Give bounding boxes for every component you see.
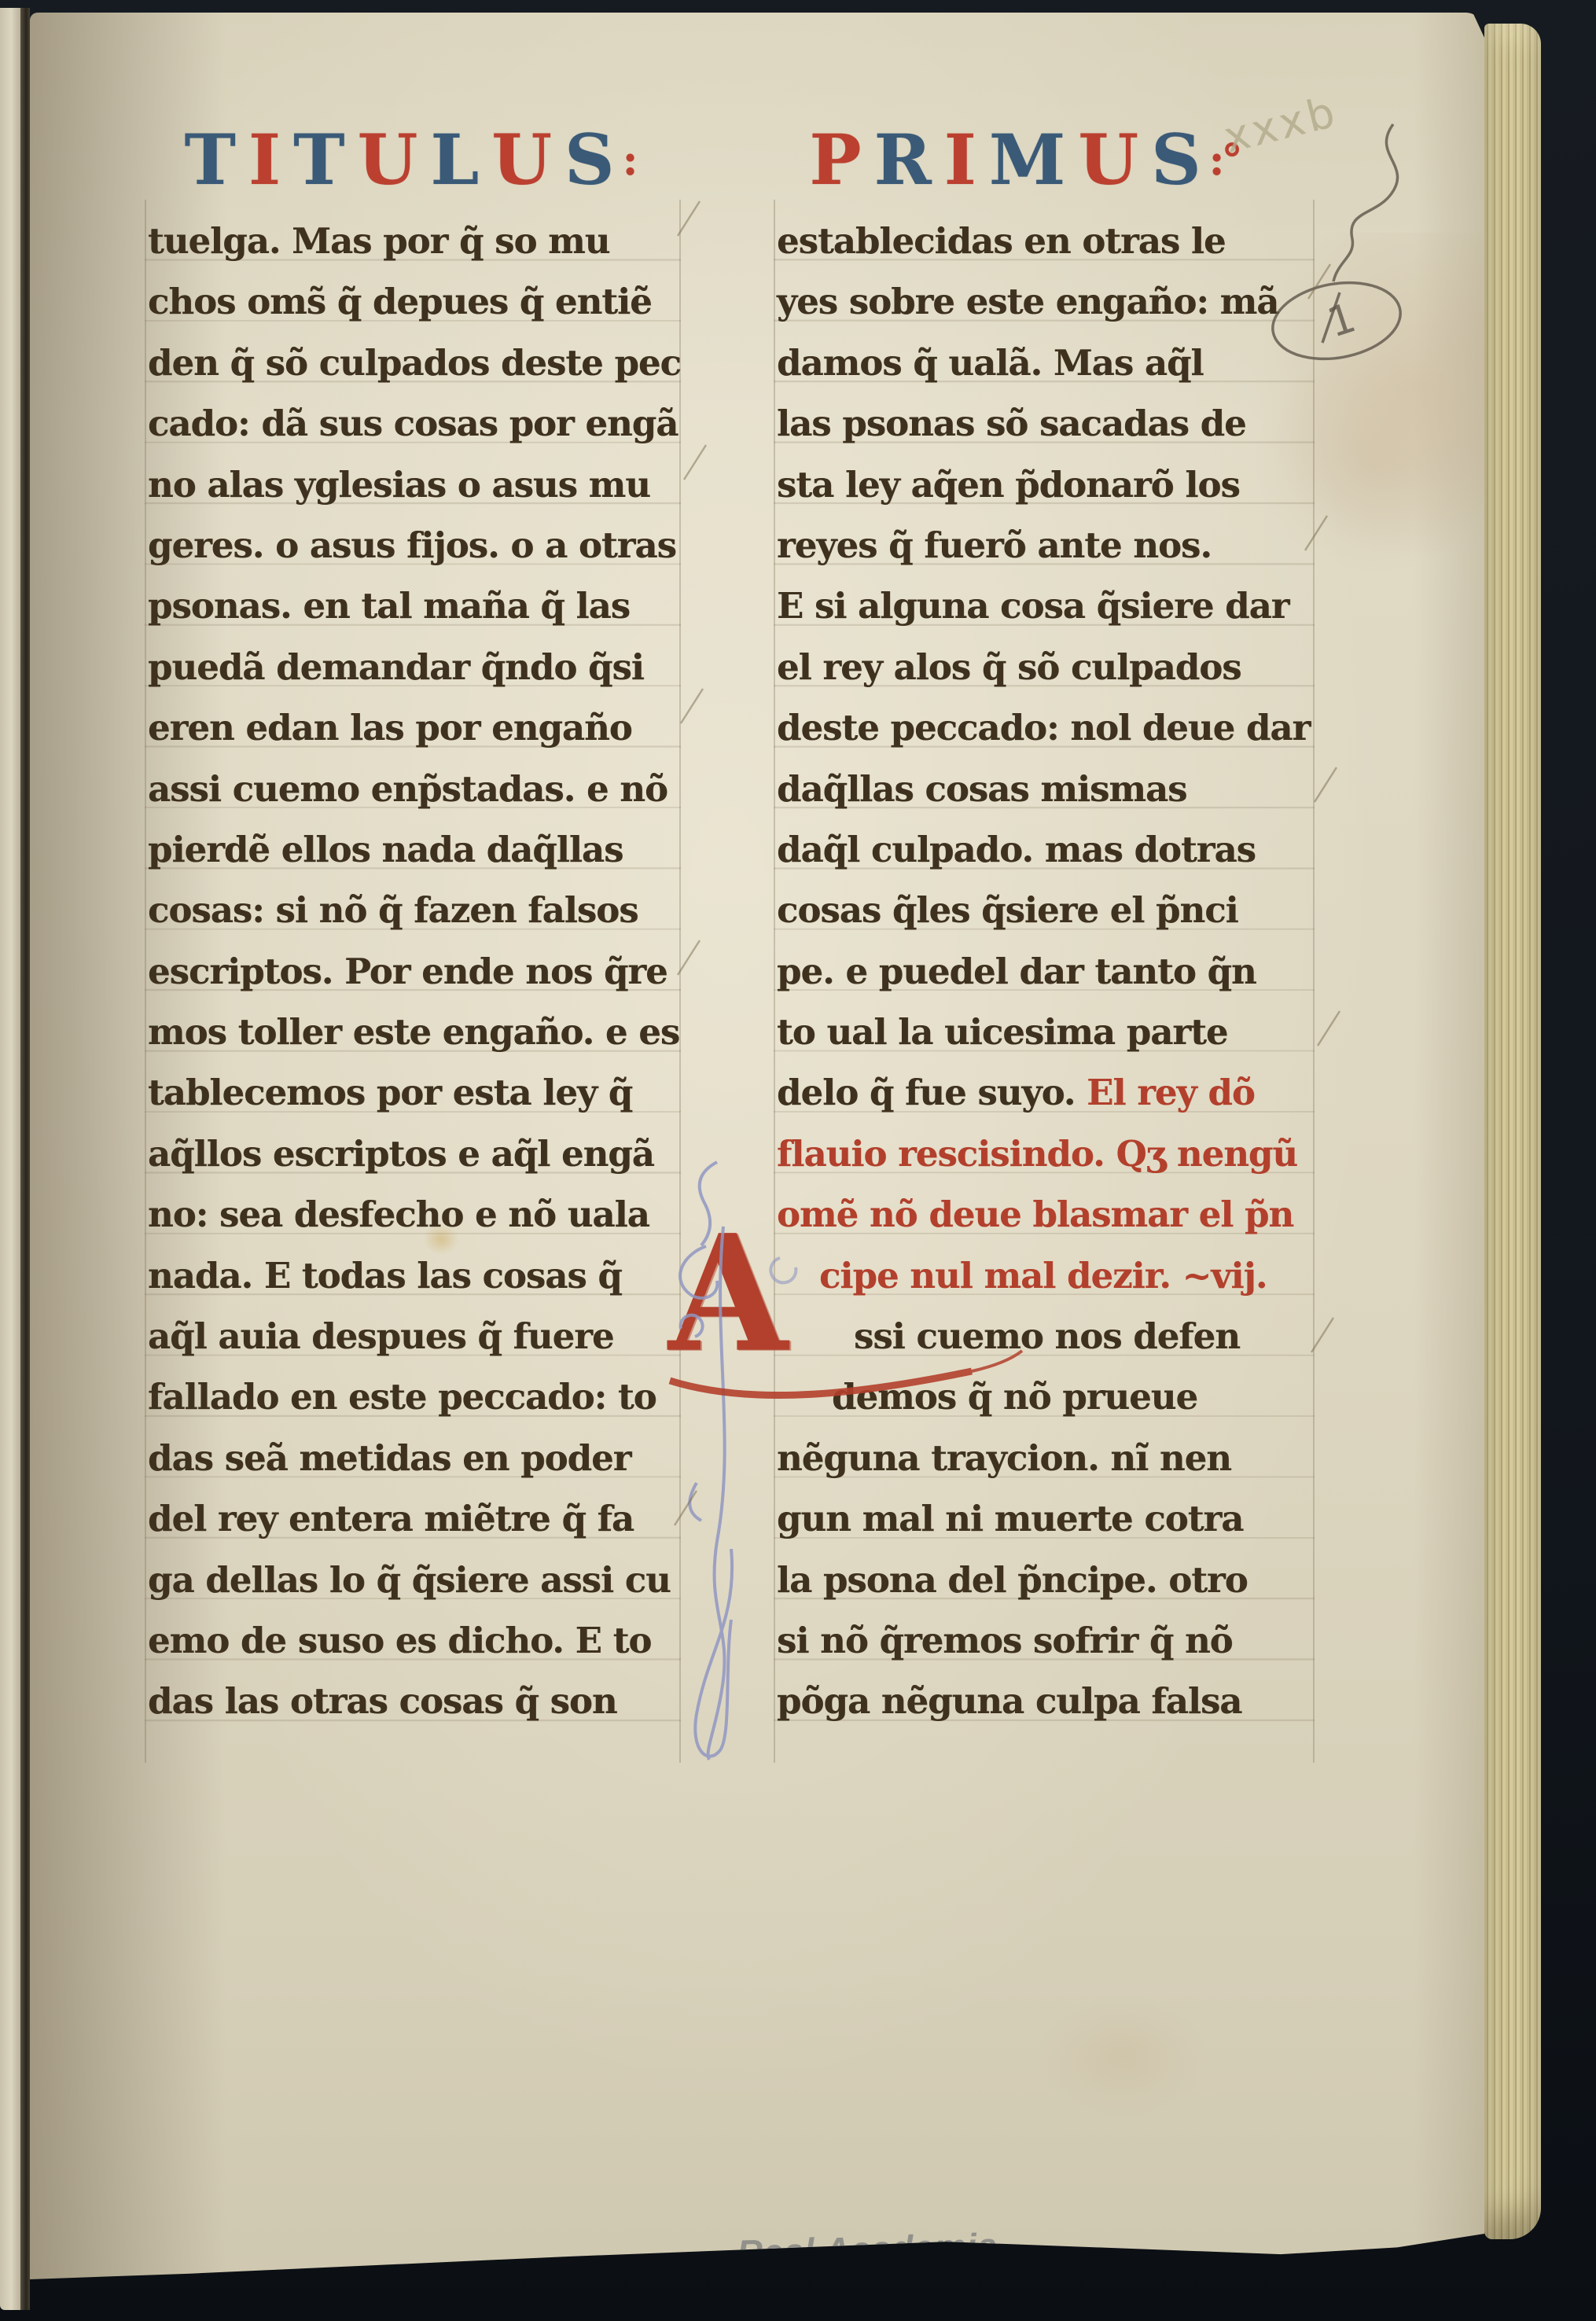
header-letter: U [1078, 125, 1151, 194]
text-run: aq̃llos escriptos e aq̃l engã [148, 1133, 654, 1175]
text-run: damos q̃ ualã. Mas aq̃l [777, 342, 1204, 384]
manuscript-line: põga nẽguna culpa falsa [777, 1671, 1315, 1731]
text-column-left: tuelga. Mas por q̃ so muchos oms̃ q̃ dep… [148, 211, 679, 1732]
text-run: gun mal ni muerte cotra [777, 1498, 1243, 1539]
rubric-text-run: cipe nul mal dezir. ~vij. [819, 1255, 1267, 1297]
rubric-text-run: omẽ nõ deue blasmar el p̃n [777, 1194, 1293, 1235]
manuscript-line: nẽguna traycion. nĩ nen [777, 1428, 1315, 1488]
text-run: cosas: si nõ q̃ fazen falsos [148, 889, 638, 931]
manuscript-line: no alas yglesias o asus mu [148, 454, 679, 515]
rubricated-header-right: PRIMUS:° [775, 109, 1278, 211]
text-run: nada. E todas las cosas q̃ [148, 1255, 622, 1297]
text-run: si nõ q̃remos sofrir q̃ nõ [777, 1620, 1233, 1661]
text-run: daq̃llas cosas mismas [777, 768, 1187, 810]
text-run: aq̃l auia despues q̃ fuere [148, 1315, 614, 1357]
manuscript-line: sta ley aq̃en p̃donarõ los [777, 454, 1315, 515]
parchment-stain [1036, 1994, 1209, 2120]
manuscript-line: las psonas sõ sacadas de [777, 393, 1315, 454]
header-letter: T [293, 125, 357, 194]
text-run: pe. e puedel dar tanto q̃n [777, 951, 1256, 992]
text-run: cado: dã sus cosas por engã [148, 403, 678, 444]
manuscript-line: das seã metidas en poder [148, 1428, 679, 1488]
manuscript-line: ga dellas lo q̃ q̃siere assi cu [148, 1550, 679, 1610]
manuscript-line: eren edan las por engaño [148, 697, 679, 758]
manuscript-line: geres. o asus fijos. o a otras [148, 515, 679, 576]
manuscript-line: reyes q̃ fuerõ ante nos. [777, 515, 1315, 576]
manuscript-line: el rey alos q̃ sõ culpados [777, 637, 1315, 697]
manuscript-line: tuelga. Mas por q̃ so mu [148, 211, 679, 271]
text-run: põga nẽguna culpa falsa [777, 1680, 1241, 1722]
text-run: tuelga. Mas por q̃ so mu [148, 220, 610, 262]
manuscript-line: den q̃ sõ culpados deste pec [148, 333, 679, 393]
text-run: daq̃l culpado. mas dotras [777, 829, 1256, 870]
manuscript-line: flauio rescisindo. Qʒ nengũ [777, 1124, 1315, 1184]
header-letter: I [248, 125, 293, 194]
text-run: chos oms̃ q̃ depues q̃ entiẽ [148, 281, 652, 322]
manuscript-line: establecidas en otras le [777, 211, 1315, 271]
text-run: E si alguna cosa q̃siere dar [777, 585, 1289, 627]
manuscript-line: aq̃llos escriptos e aq̃l engã [148, 1124, 679, 1184]
manuscript-line: das las otras cosas q̃ son [148, 1671, 679, 1731]
manuscript-line: nada. E todas las cosas q̃ [148, 1245, 679, 1306]
manuscript-line: gun mal ni muerte cotra [777, 1488, 1315, 1549]
text-run: escriptos. Por ende nos q̃re [148, 951, 667, 992]
text-run: ga dellas lo q̃ q̃siere assi cu [148, 1559, 671, 1601]
text-run: psonas. en tal maña q̃ las [148, 585, 630, 627]
text-run: no alas yglesias o asus mu [148, 464, 650, 506]
manuscript-line: escriptos. Por ende nos q̃re [148, 941, 679, 1002]
pencil-circled-mark: 1 [1323, 297, 1361, 344]
manuscript-line: chos oms̃ q̃ depues q̃ entiẽ [148, 271, 679, 332]
text-run: cosas q̃les q̃siere el p̃nci [777, 889, 1238, 931]
header-punctuation: : [623, 138, 640, 181]
header-letter: L [430, 125, 491, 194]
parchment-page: TITULUS: PRIMUS:° xxxb tuelga. Mas por q… [30, 13, 1484, 2290]
facing-page-edge-strip [0, 8, 20, 2310]
manuscript-line: yes sobre este engaño: mã [777, 271, 1315, 332]
text-run: emo de suso es dicho. E to [148, 1620, 651, 1661]
text-column-right: establecidas en otras leyes sobre este e… [777, 211, 1315, 1732]
illuminated-initial: A [668, 1214, 788, 1374]
text-run: la psona del p̃ncipe. otro [777, 1559, 1248, 1601]
text-run: tablecemos por esta ley q̃ [148, 1072, 632, 1113]
text-run: geres. o asus fijos. o a otras [148, 524, 676, 566]
manuscript-line: cosas: si nõ q̃ fazen falsos [148, 880, 679, 940]
gutter-crease [20, 8, 30, 2310]
manuscript-line: ssi cuemo nos defen [777, 1306, 1315, 1366]
text-run: yes sobre este engaño: mã [777, 281, 1278, 322]
faded-marginal-numeral: xxxb [1220, 90, 1342, 160]
header-letter: S [564, 125, 627, 194]
manuscript-line: cipe nul mal dezir. ~vij. [777, 1245, 1315, 1306]
manuscript-line: cado: dã sus cosas por engã [148, 393, 679, 454]
rubricated-header-left: TITULUS: [146, 109, 678, 211]
manuscript-line: daq̃llas cosas mismas [777, 759, 1315, 819]
header-letter: M [989, 125, 1078, 194]
manuscript-line: no: sea desfecho e nõ uala [148, 1184, 679, 1245]
manuscript-line: daq̃l culpado. mas dotras [777, 819, 1315, 880]
manuscript-photo: TITULUS: PRIMUS:° xxxb tuelga. Mas por q… [0, 0, 1596, 2321]
header-letter: I [944, 125, 989, 194]
manuscript-line: deste peccado: nol deue dar [777, 697, 1315, 758]
text-run: puedã demandar q̃ndo q̃si [148, 646, 644, 688]
text-run: das las otras cosas q̃ son [148, 1680, 617, 1722]
manuscript-line: aq̃l auia despues q̃ fuere [148, 1306, 679, 1366]
manuscript-line: delo q̃ fue suyo. El rey dõ [777, 1062, 1315, 1123]
text-run: establecidas en otras le [777, 220, 1226, 262]
header-letter: S [1151, 125, 1214, 194]
manuscript-line: demos q̃ nõ prueue [777, 1366, 1315, 1427]
text-run: ssi cuemo nos defen [854, 1315, 1240, 1357]
text-run: das seã metidas en poder [148, 1437, 631, 1479]
manuscript-line: damos q̃ ualã. Mas aq̃l [777, 333, 1315, 393]
text-run: assi cuemo enp̃stadas. e nõ [148, 768, 667, 810]
text-run: reyes q̃ fuerõ ante nos. [777, 524, 1212, 566]
manuscript-line: to ual la uicesima parte [777, 1002, 1315, 1062]
text-run: el rey alos q̃ sõ culpados [777, 646, 1241, 688]
manuscript-line: emo de suso es dicho. E to [148, 1610, 679, 1671]
text-run: nẽguna traycion. nĩ nen [777, 1437, 1231, 1479]
text-run: sta ley aq̃en p̃donarõ los [777, 464, 1240, 506]
manuscript-line: tablecemos por esta ley q̃ [148, 1062, 679, 1123]
rubric-text-run: El rey dõ [1087, 1072, 1255, 1113]
text-run: delo q̃ fue suyo. [777, 1072, 1087, 1113]
manuscript-line: pe. e puedel dar tanto q̃n [777, 941, 1315, 1002]
manuscript-line: puedã demandar q̃ndo q̃si [148, 637, 679, 697]
text-run: fallado en este peccado: to [148, 1376, 656, 1418]
text-run: las psonas sõ sacadas de [777, 403, 1246, 444]
text-run: deste peccado: nol deue dar [777, 707, 1310, 749]
manuscript-line: psonas. en tal maña q̃ las [148, 576, 679, 636]
header-letter: U [358, 125, 431, 194]
text-run: mos toller este engaño. e es [148, 1011, 679, 1053]
institution-watermark: Real Academia Española [655, 2222, 1082, 2319]
manuscript-line: la psona del p̃ncipe. otro [777, 1550, 1315, 1610]
book-fore-edge [1484, 24, 1541, 2239]
manuscript-line: del rey entera miẽtre q̃ fa [148, 1488, 679, 1549]
text-run: pierdẽ ellos nada daq̃llas [148, 829, 623, 870]
manuscript-line: omẽ nõ deue blasmar el p̃n [777, 1184, 1315, 1245]
header-letter: T [184, 125, 248, 194]
manuscript-line: cosas q̃les q̃siere el p̃nci [777, 880, 1315, 940]
text-run: demos q̃ nõ prueue [832, 1376, 1197, 1418]
text-run: eren edan las por engaño [148, 707, 632, 749]
rubric-text-run: flauio rescisindo. Qʒ nengũ [777, 1133, 1297, 1175]
text-run: del rey entera miẽtre q̃ fa [148, 1498, 634, 1539]
manuscript-line: pierdẽ ellos nada daq̃llas [148, 819, 679, 880]
manuscript-line: mos toller este engaño. e es [148, 1002, 679, 1062]
manuscript-line: fallado en este peccado: to [148, 1366, 679, 1427]
text-run: to ual la uicesima parte [777, 1011, 1227, 1053]
manuscript-line: si nõ q̃remos sofrir q̃ nõ [777, 1610, 1315, 1671]
header-letter: U [491, 125, 564, 194]
manuscript-line: assi cuemo enp̃stadas. e nõ [148, 759, 679, 819]
text-run: den q̃ sõ culpados deste pec [148, 342, 681, 384]
header-letter: P [809, 125, 873, 194]
manuscript-line: E si alguna cosa q̃siere dar [777, 576, 1315, 636]
text-run: no: sea desfecho e nõ uala [148, 1194, 649, 1235]
header-letter: R [874, 125, 944, 194]
